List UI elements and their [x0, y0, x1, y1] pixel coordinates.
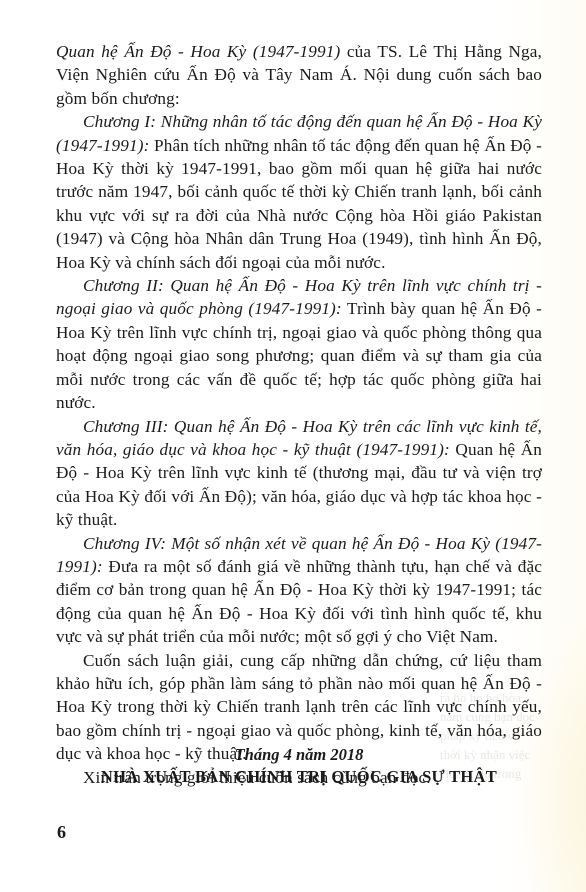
book-title: Quan hệ Ấn Độ - Hoa Kỳ (1947-1991) — [56, 42, 340, 61]
chapter-4-body: Đưa ra một số đánh giá về những thành tự… — [56, 557, 542, 646]
chapter-1-body: Phân tích những nhân tố tác động đến qua… — [56, 136, 542, 272]
publisher-name: NHÀ XUẤT BẢN CHÍNH TRỊ QUỐC GIA SỰ THẬT — [56, 766, 542, 788]
chapter-3-paragraph: Chương III: Quan hệ Ấn Độ - Hoa Kỳ trên … — [56, 415, 542, 532]
chapter-2-paragraph: Chương II: Quan hệ Ấn Độ - Hoa Kỳ trên l… — [56, 274, 542, 414]
intro-paragraph: Quan hệ Ấn Độ - Hoa Kỳ (1947-1991) của T… — [56, 40, 542, 110]
chapter-1-paragraph: Chương I: Những nhân tố tác động đến qua… — [56, 110, 542, 274]
chapter-4-paragraph: Chương IV: Một số nhận xét về quan hệ Ấn… — [56, 532, 542, 649]
signoff-block: Tháng 4 năm 2018 NHÀ XUẤT BẢN CHÍNH TRỊ … — [56, 744, 542, 788]
body-text-column: Quan hệ Ấn Độ - Hoa Kỳ (1947-1991) của T… — [56, 40, 542, 789]
signoff-date: Tháng 4 năm 2018 — [56, 744, 542, 766]
page-number: 6 — [57, 822, 66, 843]
